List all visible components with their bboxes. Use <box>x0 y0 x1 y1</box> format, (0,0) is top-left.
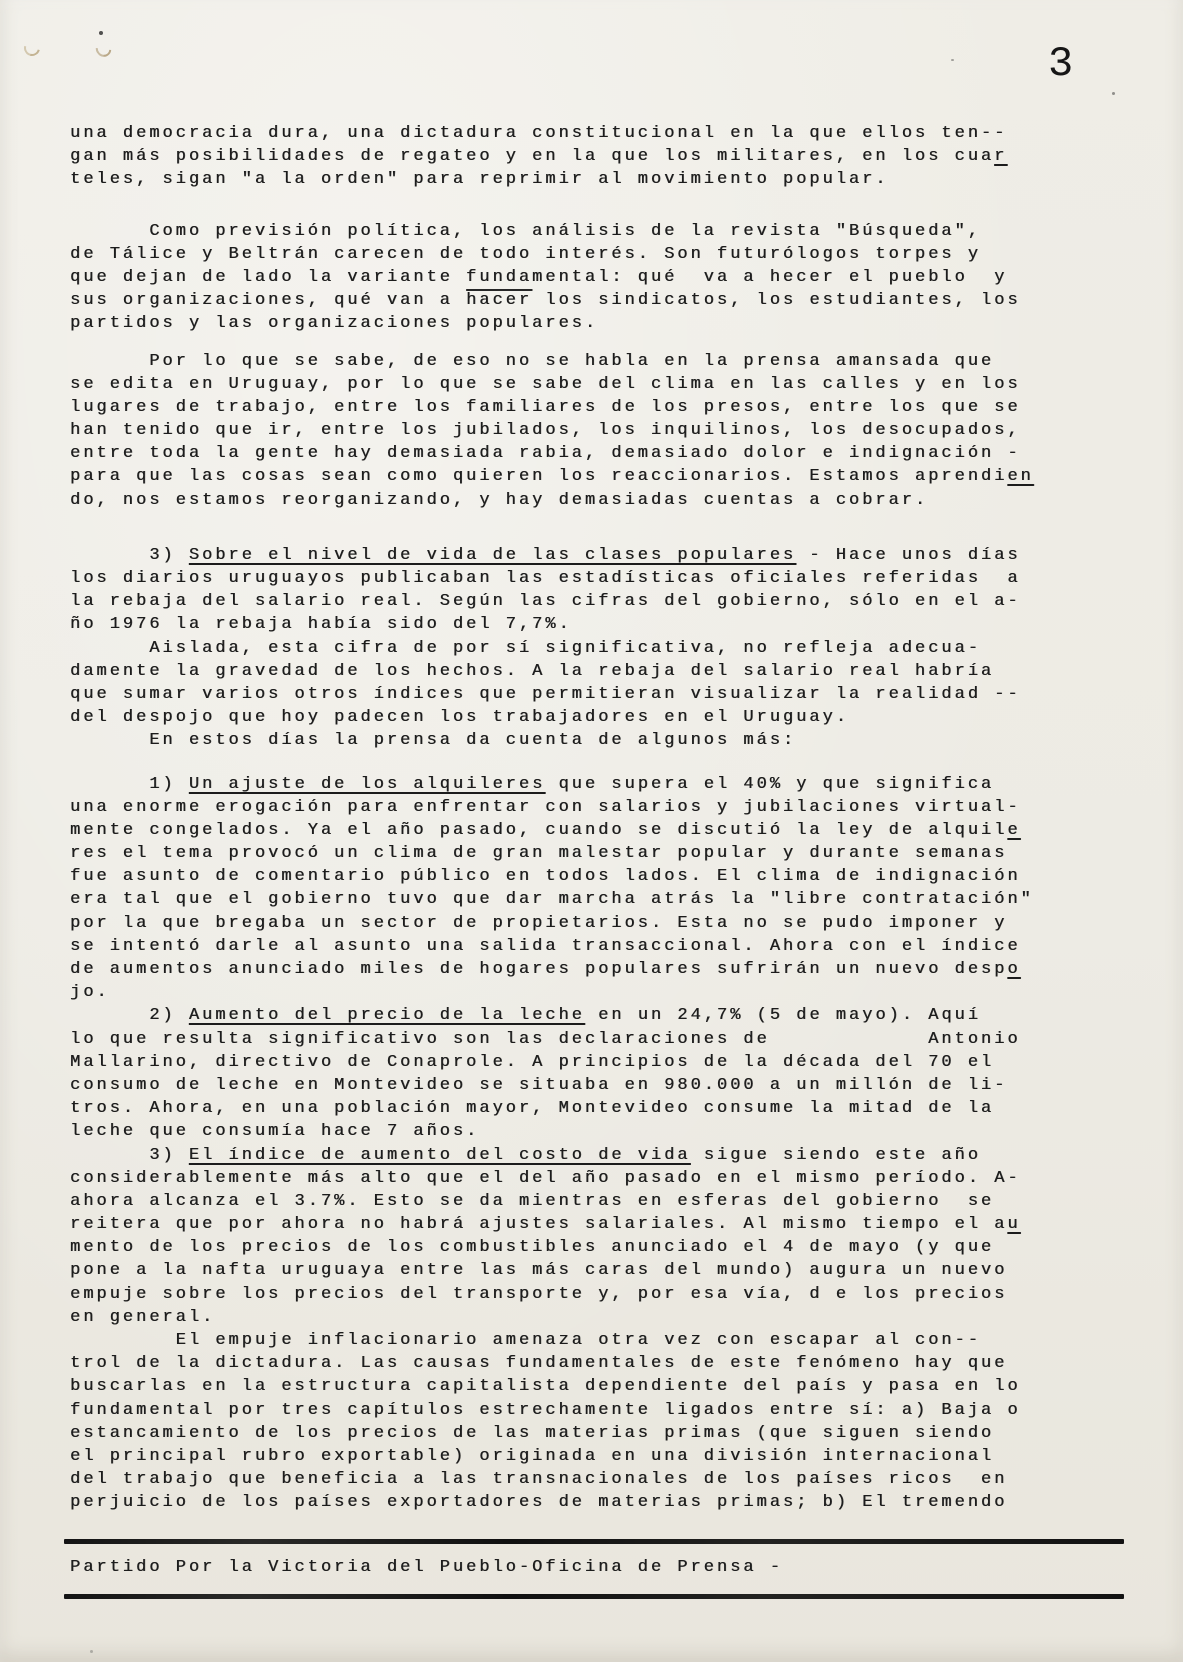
text-segment: los diarios uruguayos publicaban las est… <box>70 569 1021 588</box>
text-line: ahora alcanza el 3.7%. Esto se da mientr… <box>70 1190 1070 1213</box>
ink-speck <box>1112 92 1115 95</box>
text-segment: lugares de trabajo, entre los familiares… <box>70 398 1021 417</box>
text-line: por la que bregaba un sector de propieta… <box>70 912 1070 935</box>
text-segment: sus organizaciones, qué van a <box>70 291 466 310</box>
text-line: se intentó darle al asunto una salida tr… <box>70 935 1070 958</box>
underlined-text: r <box>994 147 1007 166</box>
footer-divider-bottom <box>64 1594 1124 1599</box>
text-segment: 1) <box>70 775 189 794</box>
text-line: para que las cosas sean como quieren los… <box>70 465 1070 488</box>
text-line: res el tema provocó un clima de gran mal… <box>70 842 1070 865</box>
text-segment: damente la gravedad de los hechos. A la … <box>70 662 994 681</box>
paragraph: 3) Sobre el nivel de vida de las clases … <box>70 544 1070 753</box>
ink-speck <box>99 31 103 35</box>
text-line: los diarios uruguayos publicaban las est… <box>70 567 1070 590</box>
text-segment: en general. <box>70 1308 215 1327</box>
text-line: 3) El índice de aumento del costo de vid… <box>70 1144 1070 1167</box>
text-line: estancamiento de los precios de las mate… <box>70 1422 1070 1445</box>
underlined-text: o <box>1007 960 1020 979</box>
text-line: era tal que el gobierno tuvo que dar mar… <box>70 888 1070 911</box>
text-segment: una enorme erogación para enfrentar con … <box>70 798 1021 817</box>
text-segment: 3) <box>70 546 189 565</box>
text-line: gan más posibilidades de regateo y en la… <box>70 145 1070 168</box>
underlined-text: e <box>1007 821 1020 840</box>
text-line: jo. <box>70 981 1070 1004</box>
text-segment: jo. <box>70 983 110 1002</box>
ink-speck <box>951 59 954 61</box>
text-line: la rebaja del salario real. Según las ci… <box>70 590 1070 613</box>
text-segment: fue asunto de comentario público en todo… <box>70 867 1021 886</box>
text-line: consumo de leche en Montevideo se situab… <box>70 1074 1070 1097</box>
text-line: do, nos estamos reorganizando, y hay dem… <box>70 489 1070 512</box>
text-segment: hacer <box>466 291 532 310</box>
ink-speck <box>90 1650 93 1653</box>
paragraph: 3) El índice de aumento del costo de vid… <box>70 1144 1070 1330</box>
text-line: de aumentos anunciado miles de hogares p… <box>70 958 1070 981</box>
text-line: teles, sigan "a la orden" para reprimir … <box>70 168 1070 191</box>
text-line: mento de los precios de los combustibles… <box>70 1236 1070 1259</box>
text-line: En estos días la prensa da cuenta de alg… <box>70 729 1070 752</box>
text-segment: para que las cosas sean como quieren los… <box>70 467 1007 486</box>
footer-divider-top <box>64 1539 1124 1544</box>
paragraph: una democracia dura, una dictadura const… <box>70 122 1070 192</box>
text-segment: del trabajo que beneficia a las transnac… <box>70 1470 1007 1489</box>
text-line: lo que resulta significativo son las dec… <box>70 1028 1070 1051</box>
paragraph: Como previsión política, los análisis de… <box>70 220 1070 336</box>
text-segment: 3) <box>70 1146 189 1165</box>
text-segment: mento de los precios de los combustibles… <box>70 1238 994 1257</box>
paragraph: 1) Un ajuste de los alquileres que super… <box>70 773 1070 1005</box>
text-line: considerablemente más alto que el del añ… <box>70 1167 1070 1190</box>
text-segment: una democracia dura, una dictadura const… <box>70 124 1007 143</box>
text-line: damente la gravedad de los hechos. A la … <box>70 660 1070 683</box>
text-line: 2) Aumento del precio de la leche en un … <box>70 1004 1070 1027</box>
text-segment: en un 24,7% (5 de mayo). Aquí <box>585 1006 981 1025</box>
underlined-text: Sobre el nivel de vida de las clases pop… <box>189 546 796 565</box>
text-segment: fundamental por tres capítulos estrecham… <box>70 1401 1021 1420</box>
text-line: leche que consumía hace 7 años. <box>70 1120 1070 1143</box>
text-segment: 2) <box>70 1006 189 1025</box>
text-line: buscarlas en la estructura capitalista d… <box>70 1375 1070 1398</box>
text-segment: ño 1976 la rebaja había sido del 7,7%. <box>70 615 572 634</box>
text-line: partidos y las organizaciones populares. <box>70 312 1070 335</box>
text-segment: teles, sigan "a la orden" para reprimir … <box>70 170 889 189</box>
paragraph: Por lo que se sabe, de eso no se habla e… <box>70 350 1070 512</box>
text-line: han tenido que ir, entre los jubilados, … <box>70 419 1070 442</box>
text-line: que sumar varios otros índices que permi… <box>70 683 1070 706</box>
text-line: Por lo que se sabe, de eso no se habla e… <box>70 350 1070 373</box>
text-segment: han tenido que ir, entre los jubilados, … <box>70 421 1021 440</box>
text-segment: buscarlas en la estructura capitalista d… <box>70 1377 1021 1396</box>
text-line: sus organizaciones, qué van a hacer los … <box>70 289 1070 312</box>
text-line: reitera que por ahora no habrá ajustes s… <box>70 1213 1070 1236</box>
text-line: se edita en Uruguay, por lo que se sabe … <box>70 373 1070 396</box>
text-segment: tros. Ahora, en una población mayor, Mon… <box>70 1099 994 1118</box>
underlined-text: El índice de aumento del costo de vida <box>189 1146 691 1165</box>
text-segment: sigue siendo este año <box>691 1146 981 1165</box>
text-line: el principal rubro exportable) originada… <box>70 1445 1070 1468</box>
document-body: una democracia dura, una dictadura const… <box>70 122 1070 1515</box>
text-line: del despojo que hoy padecen los trabajad… <box>70 706 1070 729</box>
footer-imprint: Partido Por la Victoria del Pueblo-Ofici… <box>70 1556 783 1580</box>
text-segment: El empuje inflacionario amenaza otra vez… <box>70 1331 981 1350</box>
underlined-text: Un ajuste de los alquileres <box>189 775 545 794</box>
text-segment: - Hace unos días <box>796 546 1020 565</box>
text-line: del trabajo que beneficia a las transnac… <box>70 1468 1070 1491</box>
text-segment: que dejan de lado la variante fundamenta… <box>70 268 1007 287</box>
text-segment: Como previsión política, los análisis de… <box>70 222 981 241</box>
text-line: 1) Un ajuste de los alquileres que super… <box>70 773 1070 796</box>
text-segment: el principal rubro exportable) originada… <box>70 1447 994 1466</box>
text-line: entre toda la gente hay demasiada rabia,… <box>70 442 1070 465</box>
text-segment: se intentó darle al asunto una salida tr… <box>70 937 1021 956</box>
text-segment: do, nos estamos reorganizando, y hay dem… <box>70 491 928 510</box>
text-segment: En estos días la prensa da cuenta de alg… <box>70 731 796 750</box>
text-line: mente congelados. Ya el año pasado, cuan… <box>70 819 1070 842</box>
text-segment: Mallarino, directivo de Conaprole. A pri… <box>70 1053 994 1072</box>
text-segment: ahora alcanza el 3.7%. Esto se da mientr… <box>70 1192 994 1211</box>
text-segment: reitera que por ahora no habrá ajustes s… <box>70 1215 1007 1234</box>
paragraph: El empuje inflacionario amenaza otra vez… <box>70 1329 1070 1515</box>
text-segment: los sindicatos, los estudiantes, los <box>532 291 1020 310</box>
underlined-text: en <box>1007 467 1033 486</box>
text-line: Mallarino, directivo de Conaprole. A pri… <box>70 1051 1070 1074</box>
text-line: una democracia dura, una dictadura const… <box>70 122 1070 145</box>
text-line: perjuicio de los países exportadores de … <box>70 1491 1070 1514</box>
text-segment: que supera el 40% y que significa <box>545 775 994 794</box>
text-segment: la rebaja del salario real. Según las ci… <box>70 592 1021 611</box>
text-segment: trol de la dictadura. Las causas fundame… <box>70 1354 1007 1373</box>
text-segment: lo que resulta significativo son las dec… <box>70 1030 1021 1049</box>
text-line: tros. Ahora, en una población mayor, Mon… <box>70 1097 1070 1120</box>
text-segment: de Tálice y Beltrán carecen de todo inte… <box>70 245 981 264</box>
text-segment: perjuicio de los países exportadores de … <box>70 1493 1007 1512</box>
paragraph: 2) Aumento del precio de la leche en un … <box>70 1004 1070 1143</box>
text-segment: leche que consumía hace 7 años. <box>70 1122 479 1141</box>
text-line: ño 1976 la rebaja había sido del 7,7%. <box>70 613 1070 636</box>
underlined-text: u <box>1007 1215 1020 1234</box>
text-segment: que sumar varios otros índices que permi… <box>70 685 1021 704</box>
text-segment: considerablemente más alto que el del añ… <box>70 1169 1021 1188</box>
text-segment: entre toda la gente hay demasiada rabia,… <box>70 444 1021 463</box>
text-line: que dejan de lado la variante fundamenta… <box>70 266 1070 289</box>
text-line: fundamental por tres capítulos estrecham… <box>70 1399 1070 1422</box>
text-segment: estancamiento de los precios de las mate… <box>70 1424 994 1443</box>
text-segment: consumo de leche en Montevideo se situab… <box>70 1076 1007 1095</box>
text-line: trol de la dictadura. Las causas fundame… <box>70 1352 1070 1375</box>
text-segment: mente congelados. Ya el año pasado, cuan… <box>70 821 1007 840</box>
text-segment: de aumentos anunciado miles de hogares p… <box>70 960 1007 979</box>
text-line: Como previsión política, los análisis de… <box>70 220 1070 243</box>
text-line: pone a la nafta uruguaya entre las más c… <box>70 1259 1070 1282</box>
text-segment: era tal que el gobierno tuvo que dar mar… <box>70 890 1034 909</box>
text-line: de Tálice y Beltrán carecen de todo inte… <box>70 243 1070 266</box>
text-line: Aislada, esta cifra de por sí significat… <box>70 637 1070 660</box>
text-segment: empuje sobre los precios del transporte … <box>70 1285 1007 1304</box>
text-segment: gan más posibilidades de regateo y en la… <box>70 147 994 166</box>
text-segment: Aislada, esta cifra de por sí significat… <box>70 639 981 658</box>
text-line: 3) Sobre el nivel de vida de las clases … <box>70 544 1070 567</box>
text-line: lugares de trabajo, entre los familiares… <box>70 396 1070 419</box>
text-line: fue asunto de comentario público en todo… <box>70 865 1070 888</box>
text-line: El empuje inflacionario amenaza otra vez… <box>70 1329 1070 1352</box>
page-number: 3 <box>1048 40 1075 88</box>
text-line: empuje sobre los precios del transporte … <box>70 1283 1070 1306</box>
text-line: una enorme erogación para enfrentar con … <box>70 796 1070 819</box>
text-segment: res el tema provocó un clima de gran mal… <box>70 844 1007 863</box>
text-segment: partidos y las organizaciones populares. <box>70 314 598 333</box>
text-segment: del despojo que hoy padecen los trabajad… <box>70 708 849 727</box>
text-line: en general. <box>70 1306 1070 1329</box>
text-segment: se edita en Uruguay, por lo que se sabe … <box>70 375 1021 394</box>
text-segment: pone a la nafta uruguaya entre las más c… <box>70 1261 1007 1280</box>
text-segment: por la que bregaba un sector de propieta… <box>70 914 1007 933</box>
text-segment: Por lo que se sabe, de eso no se habla e… <box>70 352 994 371</box>
underlined-text: Aumento del precio de la leche <box>189 1006 585 1025</box>
